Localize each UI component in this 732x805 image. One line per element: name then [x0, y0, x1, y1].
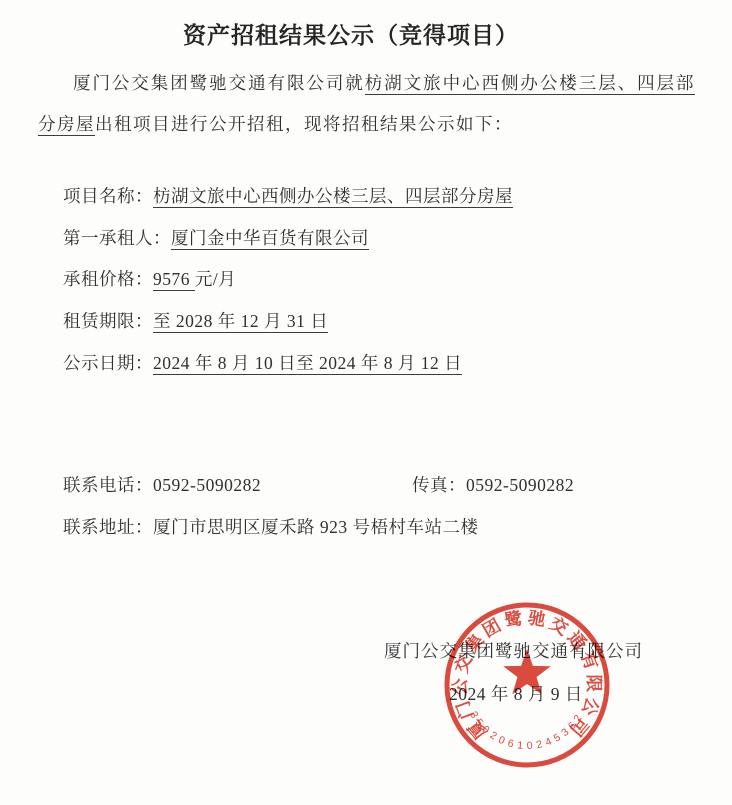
field-row-publicity-dates: 公示日期：2024 年 8 月 10 日至 2024 年 8 月 12 日 [63, 343, 513, 385]
field-row-rent-price: 承租价格：9576 元/月 [63, 259, 513, 301]
address-label: 联系地址： [63, 517, 153, 537]
field-value: 2024 年 8 月 10 日至 2024 年 8 月 12 日 [153, 353, 462, 375]
field-value: 枋湖文旅中心西侧办公楼三层、四层部分房屋 [153, 186, 513, 208]
field-row-project-name: 项目名称：枋湖文旅中心西侧办公楼三层、四层部分房屋 [63, 176, 513, 218]
field-label: 项目名称： [63, 186, 153, 206]
contacts-block: 联系电话：0592-5090282传真：0592-5090282 联系地址：厦门… [63, 465, 703, 548]
contact-row-address: 联系地址：厦门市思明区厦禾路 923 号梧村车站二楼 [63, 507, 703, 549]
company-seal-stamp: 厦门公交集团鹭驰交通有限公司 35020610245362 [442, 600, 612, 770]
document-page: 资产招租结果公示（竞得项目） 厦门公交集团鹭驰交通有限公司就枋湖文旅中心西侧办公… [0, 0, 732, 805]
intro-paragraph: 厦门公交集团鹭驰交通有限公司就枋湖文旅中心西侧办公楼三层、四层部分房屋出租项目进… [38, 63, 695, 145]
intro-prefix: 厦门公交集团鹭驰交通有限公司就 [73, 73, 365, 93]
field-value: 厦门金中华百货有限公司 [171, 228, 369, 250]
intro-suffix: 出租项目进行公开招租，现将招租结果公示如下： [95, 114, 513, 134]
page-title: 资产招租结果公示（竞得项目） [0, 17, 702, 50]
address-value: 厦门市思明区厦禾路 923 号梧村车站二楼 [153, 517, 479, 537]
fax-label: 传真： [412, 475, 466, 495]
contact-row-phone-fax: 联系电话：0592-5090282传真：0592-5090282 [63, 465, 703, 507]
field-row-lease-term: 租赁期限：至 2028 年 12 月 31 日 [63, 301, 513, 343]
phone-number: 0592-5090282 [153, 475, 261, 495]
field-value: 至 2028 年 12 月 31 日 [153, 311, 328, 333]
seal-serial-number: 35020610245362 [467, 709, 587, 752]
field-row-first-lessee: 第一承租人：厦门金中华百货有限公司 [63, 218, 513, 260]
field-label: 第一承租人： [63, 228, 171, 248]
fax-group: 传真：0592-5090282 [412, 475, 574, 495]
phone-label: 联系电话： [63, 475, 153, 495]
field-suffix: 元/月 [195, 269, 236, 289]
field-label: 租赁期限： [63, 311, 153, 331]
star-icon [503, 649, 551, 694]
field-value: 9576 [153, 269, 195, 291]
fax-number: 0592-5090282 [466, 475, 574, 495]
fields-block: 项目名称：枋湖文旅中心西侧办公楼三层、四层部分房屋 第一承租人：厦门金中华百货有… [63, 176, 513, 384]
field-label: 公示日期： [63, 353, 153, 373]
phone-group: 联系电话：0592-5090282 [63, 465, 412, 507]
field-label: 承租价格： [63, 269, 153, 289]
